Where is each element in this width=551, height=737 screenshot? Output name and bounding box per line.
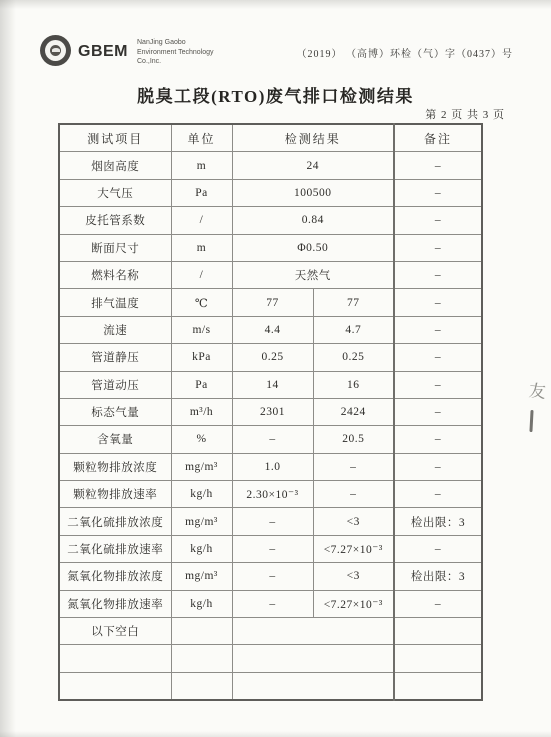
table-row: 大气压 Pa 100500 – [59, 179, 482, 206]
cell-result [232, 672, 394, 700]
cell-note [394, 645, 482, 672]
company-line-2: Environment Technology [137, 48, 214, 58]
cell-result-2: 4.7 [313, 316, 394, 343]
table-row: 以下空白 [59, 618, 482, 645]
cell-note: – [394, 398, 482, 425]
cell-result-1: 77 [232, 289, 313, 316]
gbem-logo-icon [40, 35, 71, 66]
table-row: 氮氧化物排放速率 kg/h – <7.27×10⁻³ – [59, 590, 482, 617]
cell-note: – [394, 234, 482, 261]
cell-result-1: – [232, 563, 313, 590]
table-row [59, 672, 482, 700]
scan-shade-left [0, 0, 16, 737]
cell-result-2: 77 [313, 289, 394, 316]
scanned-report-page: { "logo": { "brand": "GBEM", "company_li… [0, 0, 551, 737]
cell-note: – [394, 152, 482, 179]
cell-unit: mg/m³ [171, 508, 232, 535]
cell-result-1: – [232, 590, 313, 617]
cell-note: 检出限：3 [394, 563, 482, 590]
cell-unit: Pa [171, 179, 232, 206]
page-indicator: 第 2 页 共 3 页 [425, 106, 505, 122]
cell-note: – [394, 481, 482, 508]
cell-item: 管道静压 [59, 344, 171, 371]
cell-result-1: 1.0 [232, 453, 313, 480]
cell-result-1: 2301 [232, 398, 313, 425]
cell-unit: m [171, 152, 232, 179]
cell-unit: mg/m³ [171, 453, 232, 480]
table-row: 含氧量 % – 20.5 – [59, 426, 482, 453]
table-row: 燃料名称 / 天然气 – [59, 261, 482, 288]
cell-unit: kg/h [171, 590, 232, 617]
cell-unit: m³/h [171, 398, 232, 425]
cell-note: – [394, 179, 482, 206]
cell-result: 24 [232, 152, 394, 179]
cell-result-2: <7.27×10⁻³ [313, 590, 394, 617]
table-row: 标态气量 m³/h 2301 2424 – [59, 398, 482, 425]
cell-item: 断面尺寸 [59, 234, 171, 261]
table-row: 管道静压 kPa 0.25 0.25 – [59, 344, 482, 371]
table-row: 氮氧化物排放浓度 mg/m³ – <3 检出限：3 [59, 563, 482, 590]
cell-unit [171, 672, 232, 700]
handwritten-mark: 友 [528, 376, 548, 403]
cell-item: 含氧量 [59, 426, 171, 453]
cell-result-2: 0.25 [313, 344, 394, 371]
cell-result-1: 2.30×10⁻³ [232, 481, 313, 508]
cell-note: – [394, 344, 482, 371]
cell-result [232, 618, 394, 645]
cell-item: 排气温度 [59, 289, 171, 316]
cell-unit: / [171, 261, 232, 288]
cell-item: 流速 [59, 316, 171, 343]
table-row [59, 645, 482, 672]
cell-note: – [394, 207, 482, 234]
page-title: 脱臭工段(RTO)废气排口检测结果 [0, 82, 551, 107]
cell-unit: mg/m³ [171, 563, 232, 590]
cell-result-1: – [232, 426, 313, 453]
cell-unit: m/s [171, 316, 232, 343]
handwritten-stroke-mark [529, 410, 533, 432]
cell-item: 氮氧化物排放速率 [59, 590, 171, 617]
cell-result-2: 20.5 [313, 426, 394, 453]
cell-result: 天然气 [232, 261, 394, 288]
cell-note: – [394, 453, 482, 480]
cell-unit: / [171, 207, 232, 234]
cell-result-1: 4.4 [232, 316, 313, 343]
cell-unit: kg/h [171, 535, 232, 562]
cell-item: 颗粒物排放速率 [59, 481, 171, 508]
table-row: 二氧化硫排放速率 kg/h – <7.27×10⁻³ – [59, 535, 482, 562]
cell-result [232, 645, 394, 672]
cell-item: 管道动压 [59, 371, 171, 398]
cell-result-2: 2424 [313, 398, 394, 425]
header-cell-result: 检测结果 [232, 124, 394, 152]
company-line-3: Co.,Inc. [137, 57, 214, 67]
cell-item: 燃料名称 [59, 261, 171, 288]
cell-item: 皮托管系数 [59, 207, 171, 234]
table-row: 断面尺寸 m Φ0.50 – [59, 234, 482, 261]
table-row: 颗粒物排放速率 kg/h 2.30×10⁻³ – – [59, 481, 482, 508]
company-line-1: NanJing Gaobo [137, 38, 214, 48]
cell-note: – [394, 535, 482, 562]
cell-item: 以下空白 [59, 618, 171, 645]
header-cell-item: 测试项目 [59, 124, 171, 152]
cell-result-2: <3 [313, 508, 394, 535]
cell-result-2: – [313, 481, 394, 508]
cell-note: – [394, 316, 482, 343]
cell-unit: kPa [171, 344, 232, 371]
table-row: 颗粒物排放浓度 mg/m³ 1.0 – – [59, 453, 482, 480]
cell-unit: Pa [171, 371, 232, 398]
cell-result-2: 16 [313, 371, 394, 398]
cell-result-2: <7.27×10⁻³ [313, 535, 394, 562]
cell-unit: m [171, 234, 232, 261]
cell-note [394, 672, 482, 700]
results-table: 测试项目 单位 检测结果 备注 烟囱高度 m 24 – 大气压 Pa 10050… [58, 123, 483, 701]
cell-result-1: 0.25 [232, 344, 313, 371]
cell-result-1: – [232, 508, 313, 535]
cell-result: 0.84 [232, 207, 394, 234]
cell-note: – [394, 426, 482, 453]
scan-shade-bottom [0, 731, 551, 737]
cell-item [59, 672, 171, 700]
scan-shade-top [0, 0, 551, 9]
cell-result-2: – [313, 453, 394, 480]
table-row: 皮托管系数 / 0.84 – [59, 207, 482, 234]
cell-unit: ℃ [171, 289, 232, 316]
company-name: NanJing Gaobo Environment Technology Co.… [137, 38, 214, 67]
logo-glyph [52, 48, 60, 52]
header-cell-note: 备注 [394, 124, 482, 152]
cell-note: – [394, 590, 482, 617]
cell-item: 二氧化硫排放浓度 [59, 508, 171, 535]
cell-result-1: 14 [232, 371, 313, 398]
cell-note: – [394, 371, 482, 398]
cell-result-2: <3 [313, 563, 394, 590]
table-header-row: 测试项目 单位 检测结果 备注 [59, 124, 482, 152]
cell-unit [171, 618, 232, 645]
table-row: 流速 m/s 4.4 4.7 – [59, 316, 482, 343]
cell-note [394, 618, 482, 645]
cell-item [59, 645, 171, 672]
cell-result: 100500 [232, 179, 394, 206]
table-row: 管道动压 Pa 14 16 – [59, 371, 482, 398]
table-row: 排气温度 ℃ 77 77 – [59, 289, 482, 316]
cell-result: Φ0.50 [232, 234, 394, 261]
cell-item: 二氧化硫排放速率 [59, 535, 171, 562]
document-number: （2019） （高博）环检（气）字（0437）号 [297, 45, 514, 60]
table-row: 二氧化硫排放浓度 mg/m³ – <3 检出限：3 [59, 508, 482, 535]
brand-text: GBEM [78, 43, 128, 61]
cell-unit: % [171, 426, 232, 453]
cell-item: 大气压 [59, 179, 171, 206]
cell-note: 检出限：3 [394, 508, 482, 535]
report-header: GBEM NanJing Gaobo Environment Technolog… [40, 33, 513, 67]
cell-item: 烟囱高度 [59, 152, 171, 179]
header-cell-unit: 单位 [171, 124, 232, 152]
cell-note: – [394, 261, 482, 288]
cell-item: 颗粒物排放浓度 [59, 453, 171, 480]
cell-result-1: – [232, 535, 313, 562]
cell-item: 氮氧化物排放浓度 [59, 563, 171, 590]
cell-unit [171, 645, 232, 672]
cell-note: – [394, 289, 482, 316]
table-row: 烟囱高度 m 24 – [59, 152, 482, 179]
cell-unit: kg/h [171, 481, 232, 508]
cell-item: 标态气量 [59, 398, 171, 425]
